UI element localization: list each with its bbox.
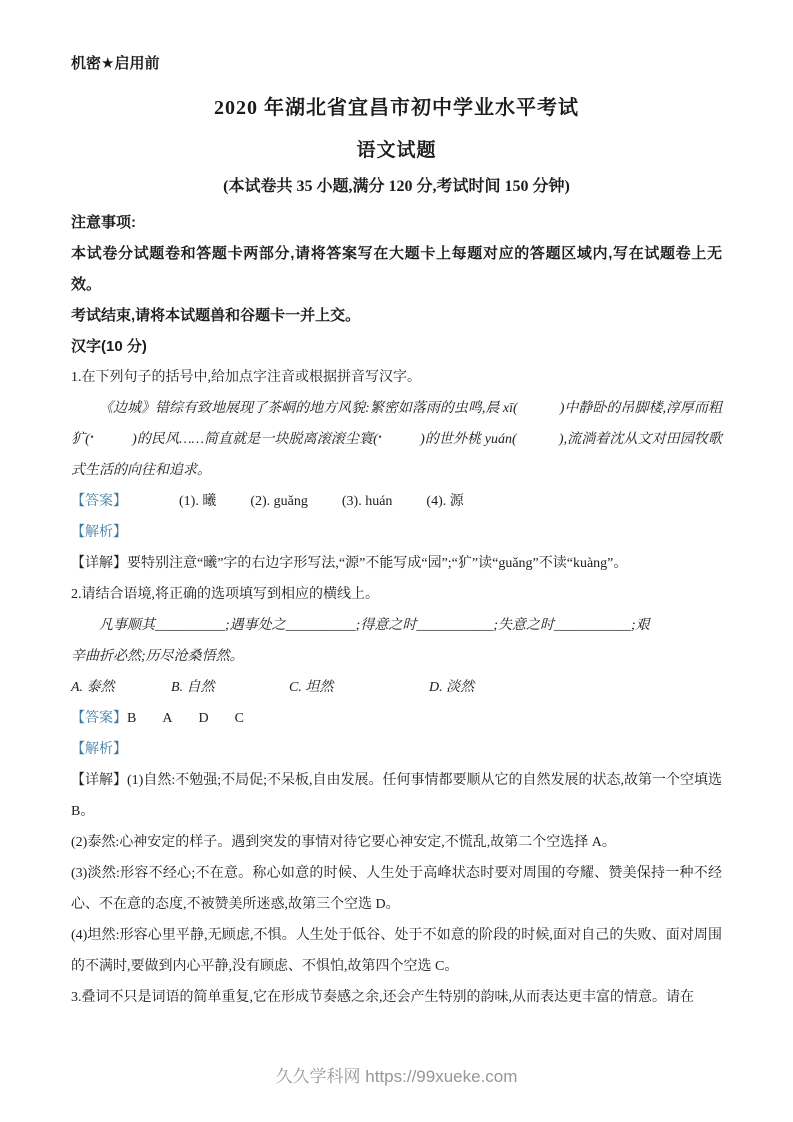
question-1-detail: 【详解】要特别注意“曦”字的右边字形写法,“源”不能写成“园”;“犷”读“guǎ…: [71, 548, 722, 579]
question-2-answer-row: 【答案】 B A D C: [71, 703, 722, 734]
answer-label: 【答案】: [71, 486, 127, 517]
answer-item-1: (1). 曦: [179, 486, 216, 517]
question-2-detail-3: (3)淡然:形容不经心;不在意。称心如意的时候、人生处于高峰状态时要对周围的夸耀…: [71, 858, 722, 920]
exam-title: 2020 年湖北省宜昌市初中学业水平考试: [71, 96, 722, 121]
option-a: A. 泰然: [71, 672, 171, 703]
exam-info: (本试卷共 35 小题,满分 120 分,考试时间 150 分钟): [71, 176, 722, 198]
question-1-answer-row: 【答案】 (1). 曦 (2). guǎng (3). huán (4). 源: [71, 486, 722, 517]
emphasized-character: 寰: [359, 432, 373, 447]
answer-letter-4: C: [235, 703, 244, 734]
passage-segment: ( )的民风……简直就是一块脱离滚滚尘: [85, 432, 359, 447]
analysis-label: 【解析】: [71, 734, 722, 765]
question-2-fill-line-2: 辛曲折必然;历尽沧桑悟然。: [71, 641, 722, 672]
option-c: C. 坦然: [289, 672, 429, 703]
question-1-passage: 《边城》错综有致地展现了茶峒的地方风貌:繁密如落雨的虫鸣,晨 xī( )中静卧的…: [71, 393, 722, 486]
question-1-stem: 1.在下列句子的括号中,给加点字注音或根据拼音写汉字。: [71, 362, 722, 393]
notice-paragraph-2: 考试结束,请将本试题兽和谷题卡一并上交。: [71, 300, 722, 331]
answer-label: 【答案】: [71, 703, 127, 734]
question-3-stem: 3.叠词不只是词语的简单重复,它在形成节奏感之余,还会产生特别的韵味,从而表达更…: [71, 982, 722, 1013]
passage-segment: 《边城》错综有致地展现了茶峒的地方风貌:繁密如落雨的虫鸣,晨 xī( )中静卧的…: [99, 401, 722, 416]
question-2-detail-1: 【详解】(1)自然:不勉强;不局促;不呆板,自由发展。任何事情都要顺从它的自然发…: [71, 765, 722, 827]
question-2-fill-line-1: 凡事顺其__________;遇事处之__________;得意之时______…: [71, 610, 722, 641]
notice-paragraph-1: 本试卷分试题卷和答题卡两部分,请将答案写在大题卡上每题对应的答题区域内,写在试题…: [71, 238, 722, 300]
question-2-detail-4: (4)坦然:形容心里平静,无顾虑,不惧。人生处于低谷、处于不如意的阶段的时候,面…: [71, 920, 722, 982]
question-2-options: A. 泰然 B. 自然 C. 坦然 D. 淡然: [71, 672, 722, 703]
exam-subtitle: 语文试题: [71, 139, 722, 163]
option-d: D. 淡然: [429, 672, 474, 703]
question-2-stem: 2.请结合语境,将正确的选项填写到相应的横线上。: [71, 579, 722, 610]
option-b: B. 自然: [171, 672, 289, 703]
answer-item-3: (3). huán: [342, 486, 393, 517]
section-heading: 汉字(10 分): [71, 331, 722, 362]
site-link[interactable]: 久久学科网 https://99xueke.com: [276, 1067, 518, 1086]
answer-item-2: (2). guǎng: [250, 486, 308, 517]
question-2-detail-2: (2)泰然:心神安定的样子。遇到突发的事情对待它要心神安定,不慌乱,故第二个空选…: [71, 827, 722, 858]
analysis-label: 【解析】: [71, 517, 722, 548]
notice-heading: 注意事项:: [71, 207, 722, 238]
site-watermark: 久久学科网 https://99xueke.com: [0, 1062, 793, 1087]
answer-item-4: (4). 源: [426, 486, 463, 517]
answer-letter-1: B: [127, 703, 136, 734]
exam-paper-page: 机密★启用前 2020 年湖北省宜昌市初中学业水平考试 语文试题 (本试卷共 3…: [0, 0, 793, 1122]
classification-label: 机密★启用前: [71, 54, 722, 74]
answer-letter-2: A: [162, 703, 172, 734]
answer-letter-3: D: [198, 703, 208, 734]
emphasized-character: 犷: [71, 432, 85, 447]
